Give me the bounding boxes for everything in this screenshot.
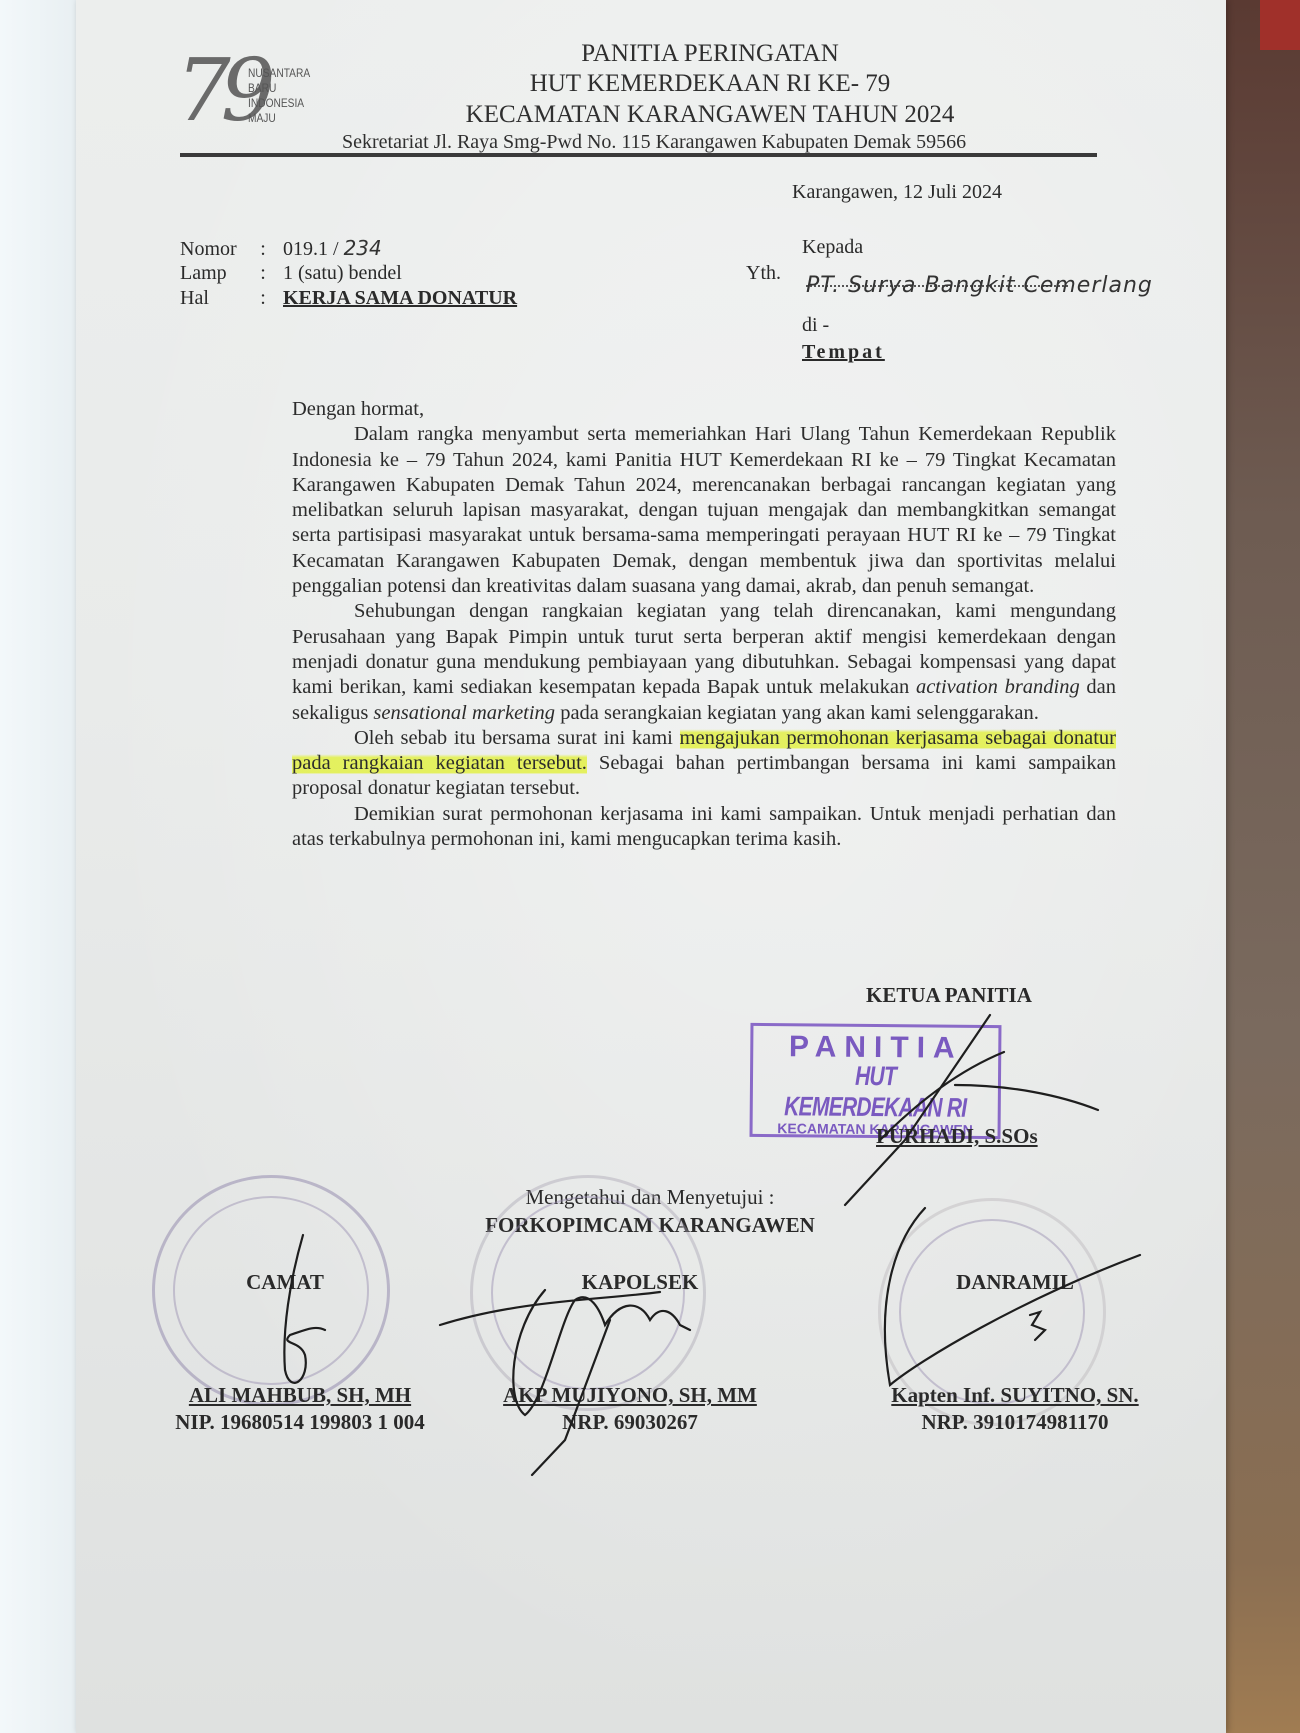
paragraph-2: Sehubungan dengan rangkaian kegiatan yan… bbox=[292, 599, 1116, 725]
meta-nomor: Nomor: 019.1 / 234 bbox=[180, 236, 382, 261]
recipient-tempat: Tempat bbox=[802, 341, 885, 364]
letterhead-divider bbox=[180, 153, 1097, 157]
letterhead-line-3: KECAMATAN KARANGAWEN TAHUN 2024 bbox=[320, 101, 1100, 129]
paragraph-4: Demikian surat permohonan kerjasama ini … bbox=[292, 802, 1116, 853]
letter-body: Dengan hormat, Dalam rangka menyambut se… bbox=[292, 397, 1116, 852]
letterhead-line-2: HUT KEMERDEKAAN RI KE- 79 bbox=[320, 70, 1100, 98]
recipient-di: di - bbox=[802, 314, 829, 337]
recipient-yth: Yth. bbox=[746, 262, 781, 285]
panitia-stamp: PANITIA HUT KEMERDEKAAN RI KECAMATAN KAR… bbox=[750, 1023, 1002, 1139]
greeting: Dengan hormat, bbox=[292, 397, 1116, 422]
paragraph-3: Oleh sebab itu bersama surat ini kami me… bbox=[292, 726, 1116, 802]
name-danramil: Kapten Inf. SUYITNO, SN. bbox=[855, 1383, 1175, 1408]
ketua-name: PURHADI, S.SOs bbox=[876, 1124, 1038, 1149]
id-danramil: NRP. 3910174981170 bbox=[855, 1410, 1175, 1435]
subject: KERJA SAMA DONATUR bbox=[283, 287, 517, 309]
role-camat: CAMAT bbox=[200, 1270, 370, 1295]
letterhead-line-1: PANITIA PERINGATAN bbox=[320, 40, 1100, 68]
letterhead-address: Sekretariat Jl. Raya Smg-Pwd No. 115 Kar… bbox=[342, 131, 966, 154]
nomor-handwritten: 234 bbox=[344, 236, 382, 260]
id-camat: NIP. 19680514 199803 1 004 bbox=[130, 1410, 470, 1435]
meta-hal: Hal: KERJA SAMA DONATUR bbox=[180, 287, 517, 310]
name-camat: ALI MAHBUB, SH, MH bbox=[130, 1383, 470, 1408]
meta-lamp: Lamp: 1 (satu) bendel bbox=[180, 262, 402, 285]
id-kapolsek: NRP. 69030267 bbox=[475, 1410, 785, 1435]
logo-tagline: NUSANTARA BARU INDONESIA MAJU bbox=[248, 66, 310, 126]
recipient-kepada: Kepada bbox=[802, 236, 863, 259]
role-kapolsek: KAPOLSEK bbox=[540, 1270, 740, 1295]
ketua-title: KETUA PANITIA bbox=[866, 983, 1032, 1008]
name-kapolsek: AKP MUJIYONO, SH, MM bbox=[475, 1383, 785, 1408]
letter-date: Karangawen, 12 Juli 2024 bbox=[792, 181, 1002, 204]
hut-ri-79-logo: 79 NUSANTARA BARU INDONESIA MAJU bbox=[176, 46, 326, 146]
background-right bbox=[1218, 0, 1300, 1733]
background-left bbox=[0, 0, 78, 1733]
recipient-name-handwritten: PT. Surya Bangkit Cemerlang bbox=[806, 273, 1153, 298]
paragraph-1: Dalam rangka menyambut serta memeriahkan… bbox=[292, 422, 1116, 599]
nomor-printed: 019.1 / bbox=[283, 238, 339, 260]
role-danramil: DANRAMIL bbox=[930, 1270, 1100, 1295]
